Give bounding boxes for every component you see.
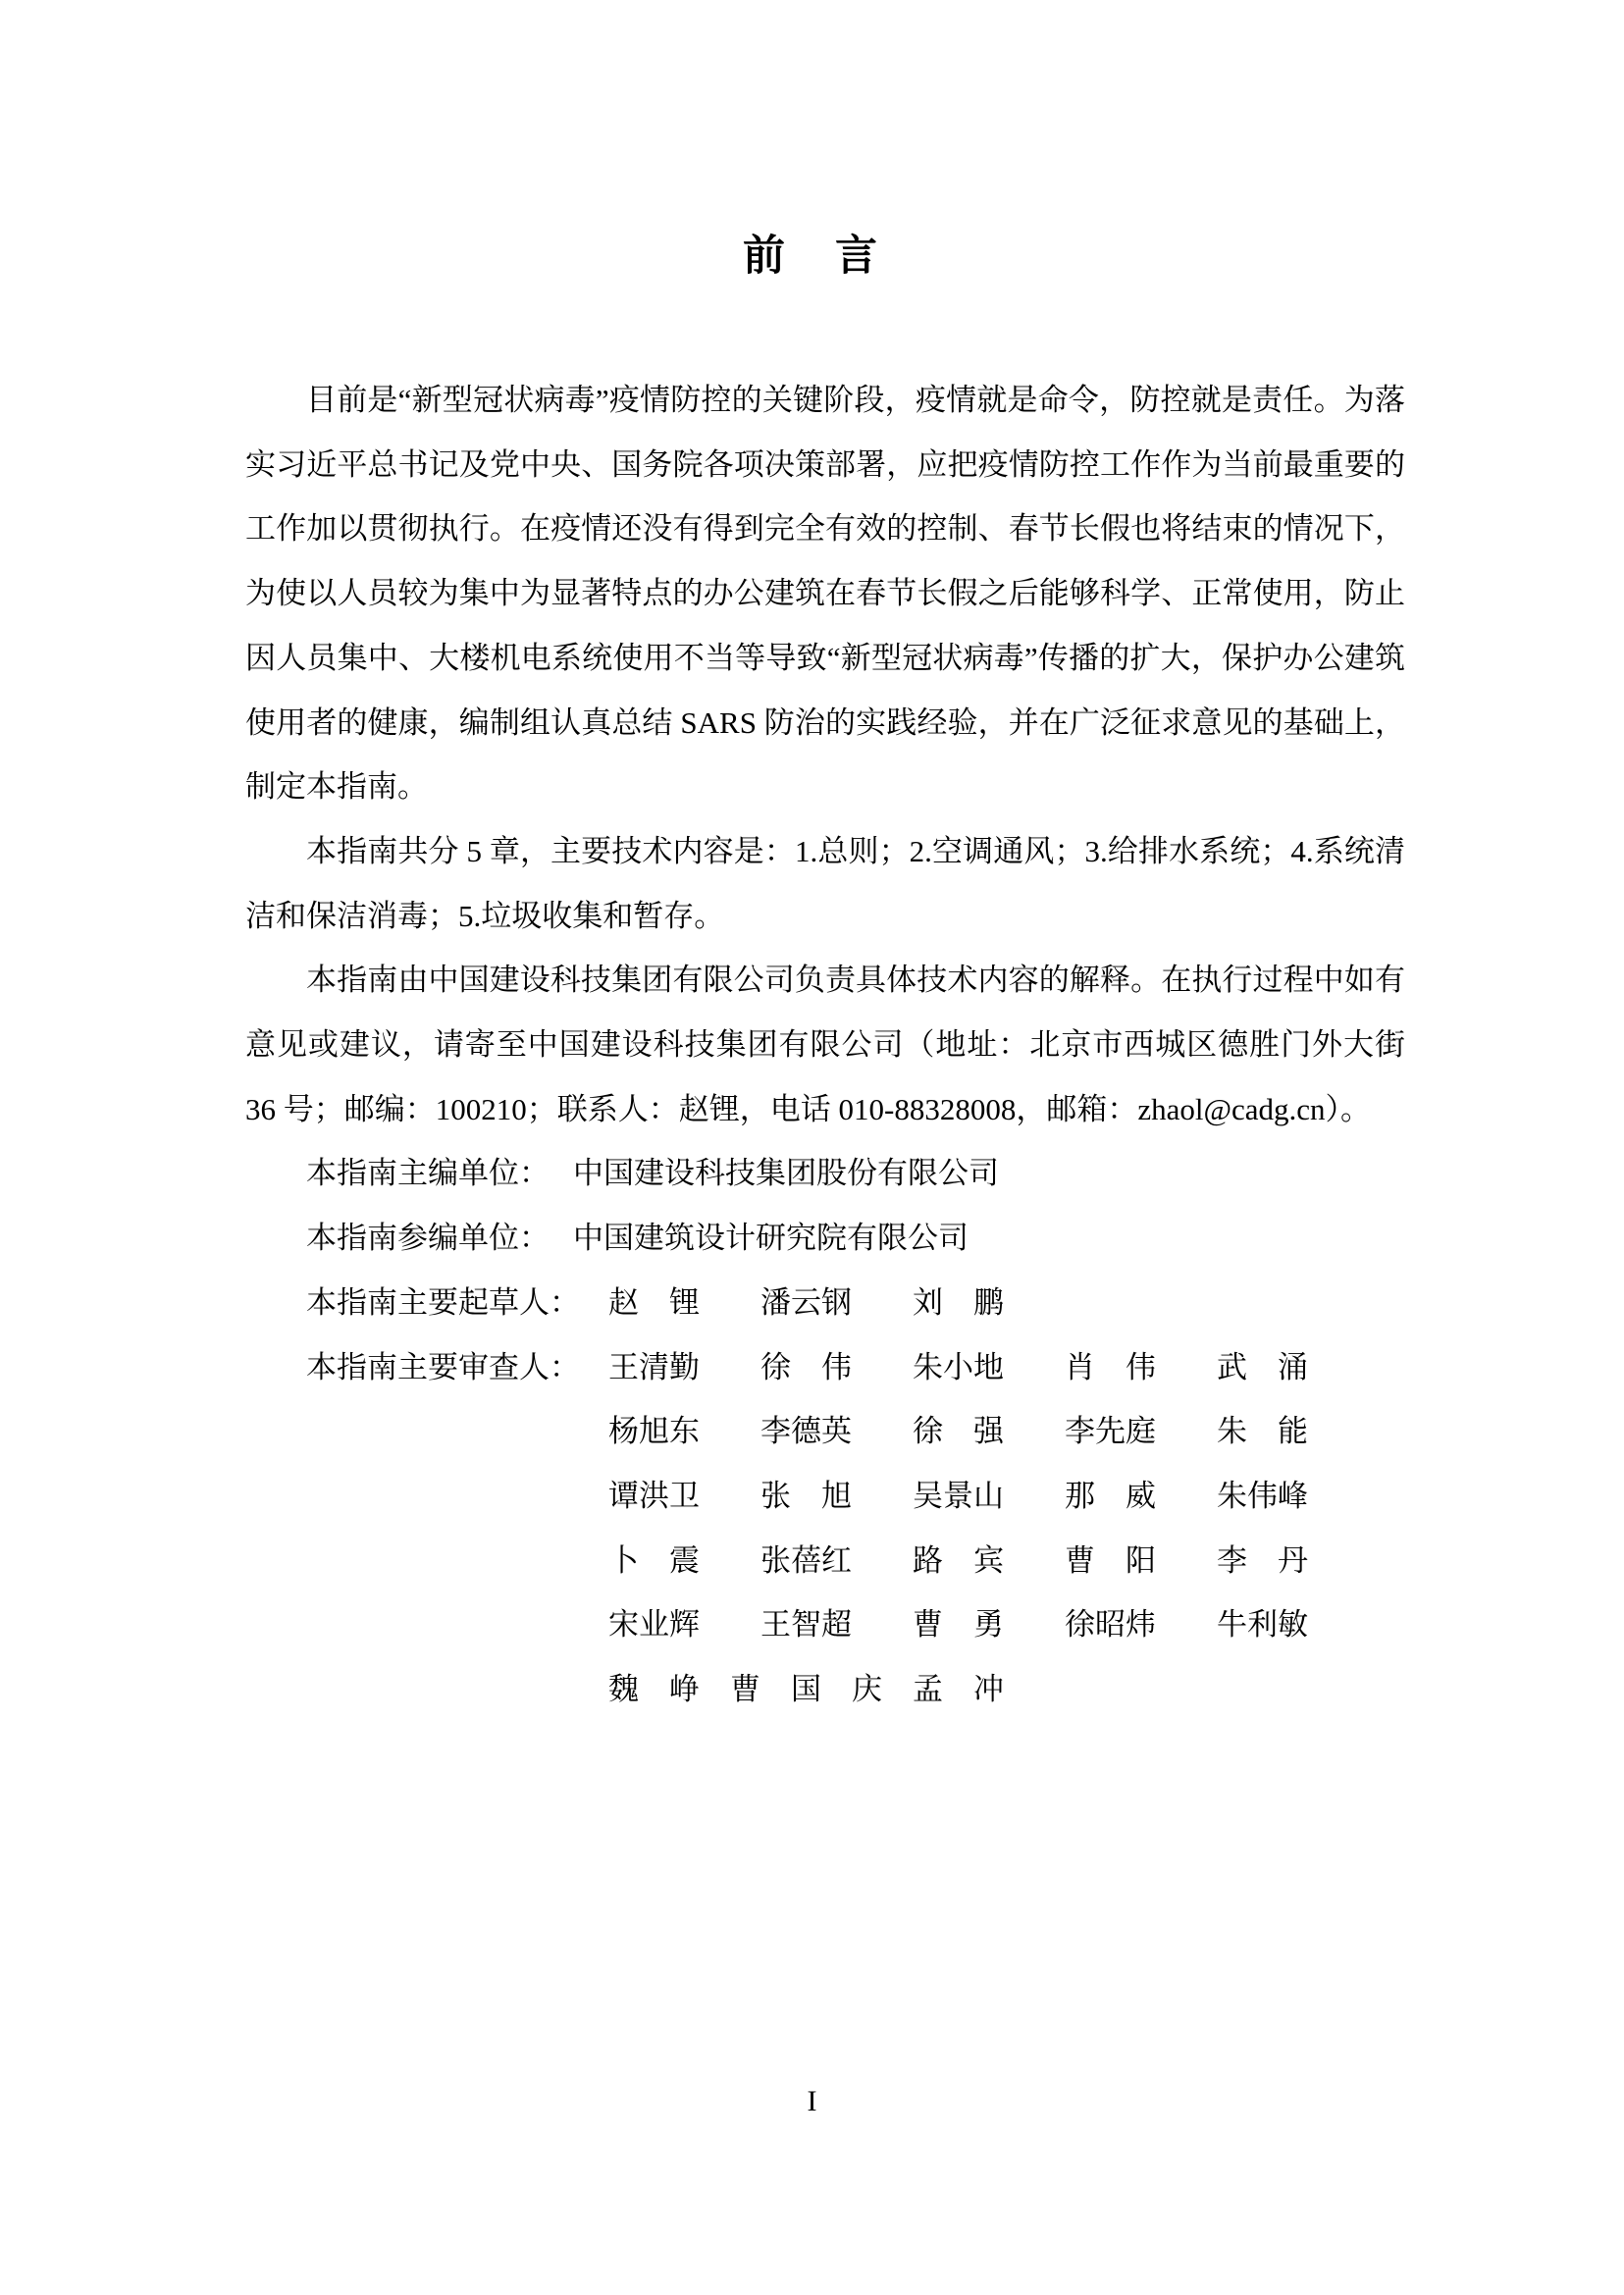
reviewers-names-line-4: 卜 震 张蓓红 路 宾 曹 阳 李 丹 xyxy=(608,1543,1308,1578)
reviewers-row-continuation: 谭洪卫 张 旭 吴景山 那 威 朱伟峰 xyxy=(245,1464,1405,1529)
participating-unit-row: 本指南参编单位：中国建筑设计研究院有限公司 xyxy=(245,1206,1405,1271)
drafters-names: 赵 锂 潘云钢 刘 鹏 xyxy=(608,1285,1004,1320)
page-number: I xyxy=(0,2084,1624,2119)
paragraph-intro: 目前是“新型冠状病毒”疫情防控的关键阶段，疫情就是命令，防控就是责任。为落实习近… xyxy=(245,368,1405,819)
reviewers-names-line-1: 王清勤 徐 伟 朱小地 肖 伟 武 涌 xyxy=(608,1350,1308,1384)
document-page: 前 言 目前是“新型冠状病毒”疫情防控的关键阶段，疫情就是命令，防控就是责任。为… xyxy=(0,0,1624,2295)
reviewers-names-line-3: 谭洪卫 张 旭 吴景山 那 威 朱伟峰 xyxy=(608,1479,1308,1513)
reviewers-names-line-2: 杨旭东 李德英 徐 强 李先庭 朱 能 xyxy=(608,1414,1308,1448)
reviewers-row-continuation: 魏 峥 曹 国 庆 孟 冲 xyxy=(245,1657,1405,1722)
chief-editor-unit-row: 本指南主编单位：中国建设科技集团股份有限公司 xyxy=(245,1141,1405,1206)
reviewers-label: 本指南主要审查人： xyxy=(306,1335,608,1400)
paragraph-contact: 本指南由中国建设科技集团有限公司负责具体技术内容的解释。在执行过程中如有意见或建… xyxy=(245,948,1405,1141)
participating-unit-value: 中国建筑设计研究院有限公司 xyxy=(573,1221,969,1255)
preface-content: 目前是“新型冠状病毒”疫情防控的关键阶段，疫情就是命令，防控就是责任。为落实习近… xyxy=(245,368,1405,1722)
drafters-row: 本指南主要起草人：赵 锂 潘云钢 刘 鹏 xyxy=(245,1271,1405,1335)
participating-unit-label: 本指南参编单位： xyxy=(306,1206,573,1271)
reviewers-row: 本指南主要审查人：王清勤 徐 伟 朱小地 肖 伟 武 涌 xyxy=(245,1335,1405,1400)
reviewers-names-line-5: 宋业辉 王智超 曹 勇 徐昭炜 牛利敏 xyxy=(608,1607,1308,1642)
chief-editor-unit-value: 中国建设科技集团股份有限公司 xyxy=(573,1156,999,1190)
reviewers-row-continuation: 宋业辉 王智超 曹 勇 徐昭炜 牛利敏 xyxy=(245,1592,1405,1657)
reviewers-names-line-6: 魏 峥 曹 国 庆 孟 冲 xyxy=(608,1672,1004,1706)
page-title: 前 言 xyxy=(0,234,1624,280)
reviewers-row-continuation: 卜 震 张蓓红 路 宾 曹 阳 李 丹 xyxy=(245,1529,1405,1593)
paragraph-chapters: 本指南共分 5 章，主要技术内容是：1.总则；2.空调通风；3.给排水系统；4.… xyxy=(245,819,1405,948)
reviewers-row-continuation: 杨旭东 李德英 徐 强 李先庭 朱 能 xyxy=(245,1399,1405,1464)
drafters-label: 本指南主要起草人： xyxy=(306,1271,608,1335)
chief-editor-unit-label: 本指南主编单位： xyxy=(306,1141,573,1206)
